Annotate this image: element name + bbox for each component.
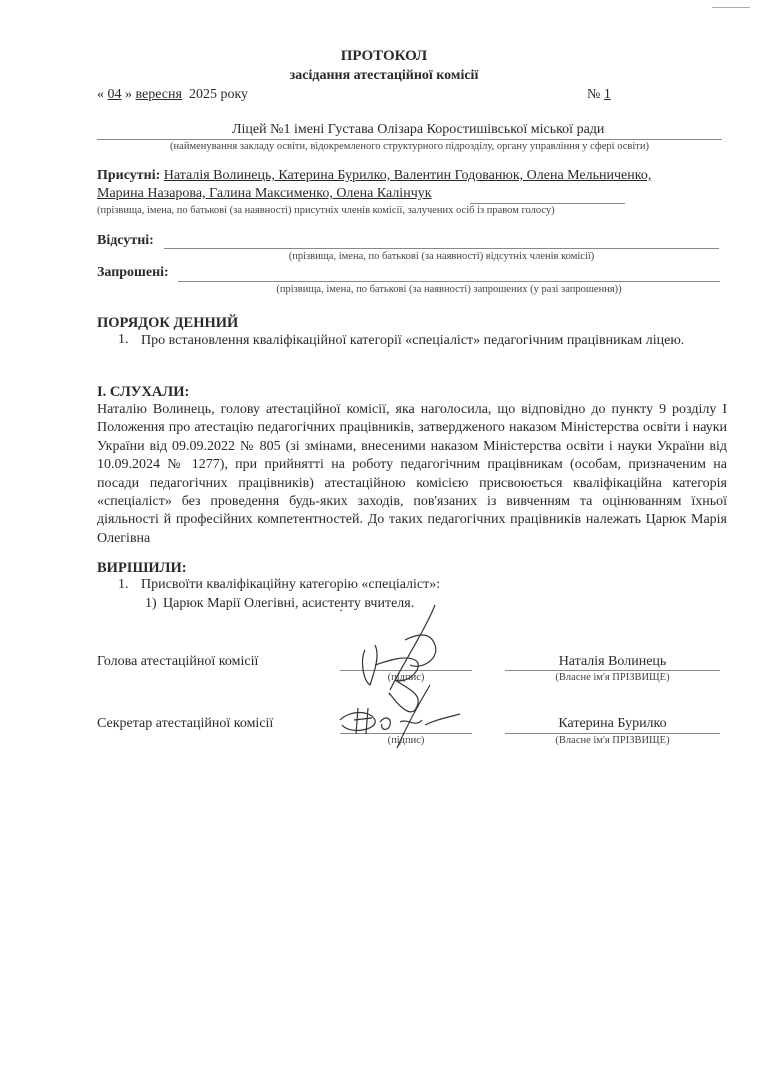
invited-line[interactable] (178, 281, 720, 282)
present-names-1: Наталія Волинець, Катерина Бурилко, Вале… (164, 168, 652, 183)
date-year: 2025 (189, 87, 217, 102)
present-row-2: Марина Назарова, Галина Максименко, Олен… (97, 186, 432, 202)
present-caption: (прізвища, імена, по батькові (за наявно… (97, 205, 555, 216)
agenda-item-num: 1. (118, 332, 129, 348)
institution-name: Ліцей №1 імені Густава Олізара Коростиші… (232, 122, 604, 138)
name-caption-secretary: (Власне ім'я ПРІЗВИЩЕ) (505, 735, 720, 746)
scan-mark (712, 7, 750, 8)
invited-label: Запрошені: (97, 265, 169, 281)
absent-label: Відсутні: (97, 233, 154, 249)
decided-item-text: Присвоїти кваліфікаційну категорію «спец… (141, 577, 440, 593)
institution-line (97, 139, 722, 140)
agenda-heading: ПОРЯДОК ДЕННИЙ (97, 315, 238, 332)
decided-item-num: 1. (118, 577, 129, 593)
date-suffix: року (220, 87, 248, 102)
absent-caption: (прізвища, імена, по батькові (за наявно… (164, 251, 719, 262)
name-caption-chair: (Власне ім'я ПРІЗВИЩЕ) (505, 672, 720, 683)
agenda-item-text: Про встановлення кваліфікаційної категор… (141, 332, 727, 350)
heard-heading: I. СЛУХАЛИ: (97, 384, 189, 401)
signature-role-secretary: Секретар атестаційної комісії (97, 716, 273, 732)
absent-line[interactable] (164, 248, 719, 249)
signature-role-chair: Голова атестаційної комісії (97, 654, 258, 670)
signature-name-secretary: Катерина Бурилко (505, 716, 720, 732)
date-day: 04 (108, 87, 122, 102)
heard-text: Наталію Волинець, голову атестаційної ко… (97, 401, 727, 548)
name-line-secretary (505, 733, 720, 734)
present-label: Присутні: (97, 168, 160, 183)
number-value: 1 (604, 87, 611, 102)
present-names-2: Марина Назарова, Галина Максименко, Олен… (97, 186, 432, 201)
protocol-number: № 1 (587, 87, 611, 103)
decided-sub-num: 1) (145, 596, 157, 612)
number-label: № (587, 87, 600, 102)
institution-caption: (найменування закладу освіти, відокремле… (97, 141, 722, 152)
document-title: ПРОТОКОЛ (0, 48, 768, 65)
document-subtitle: засідання атестаційної комісії (0, 68, 768, 84)
present-line-end (470, 203, 625, 204)
date-month: вересня (136, 87, 182, 102)
present-row-1: Присутні: Наталія Волинець, Катерина Бур… (97, 168, 727, 184)
name-line-chair (505, 670, 720, 671)
signature-name-chair: Наталія Волинець (505, 654, 720, 670)
meeting-date: « 04 » вересня 2025 року (97, 87, 248, 103)
invited-caption: (прізвища, імена, по батькові (за наявно… (178, 284, 720, 295)
handwritten-signature-secretary (330, 700, 470, 750)
decided-heading: ВИРІШИЛИ: (97, 560, 187, 577)
